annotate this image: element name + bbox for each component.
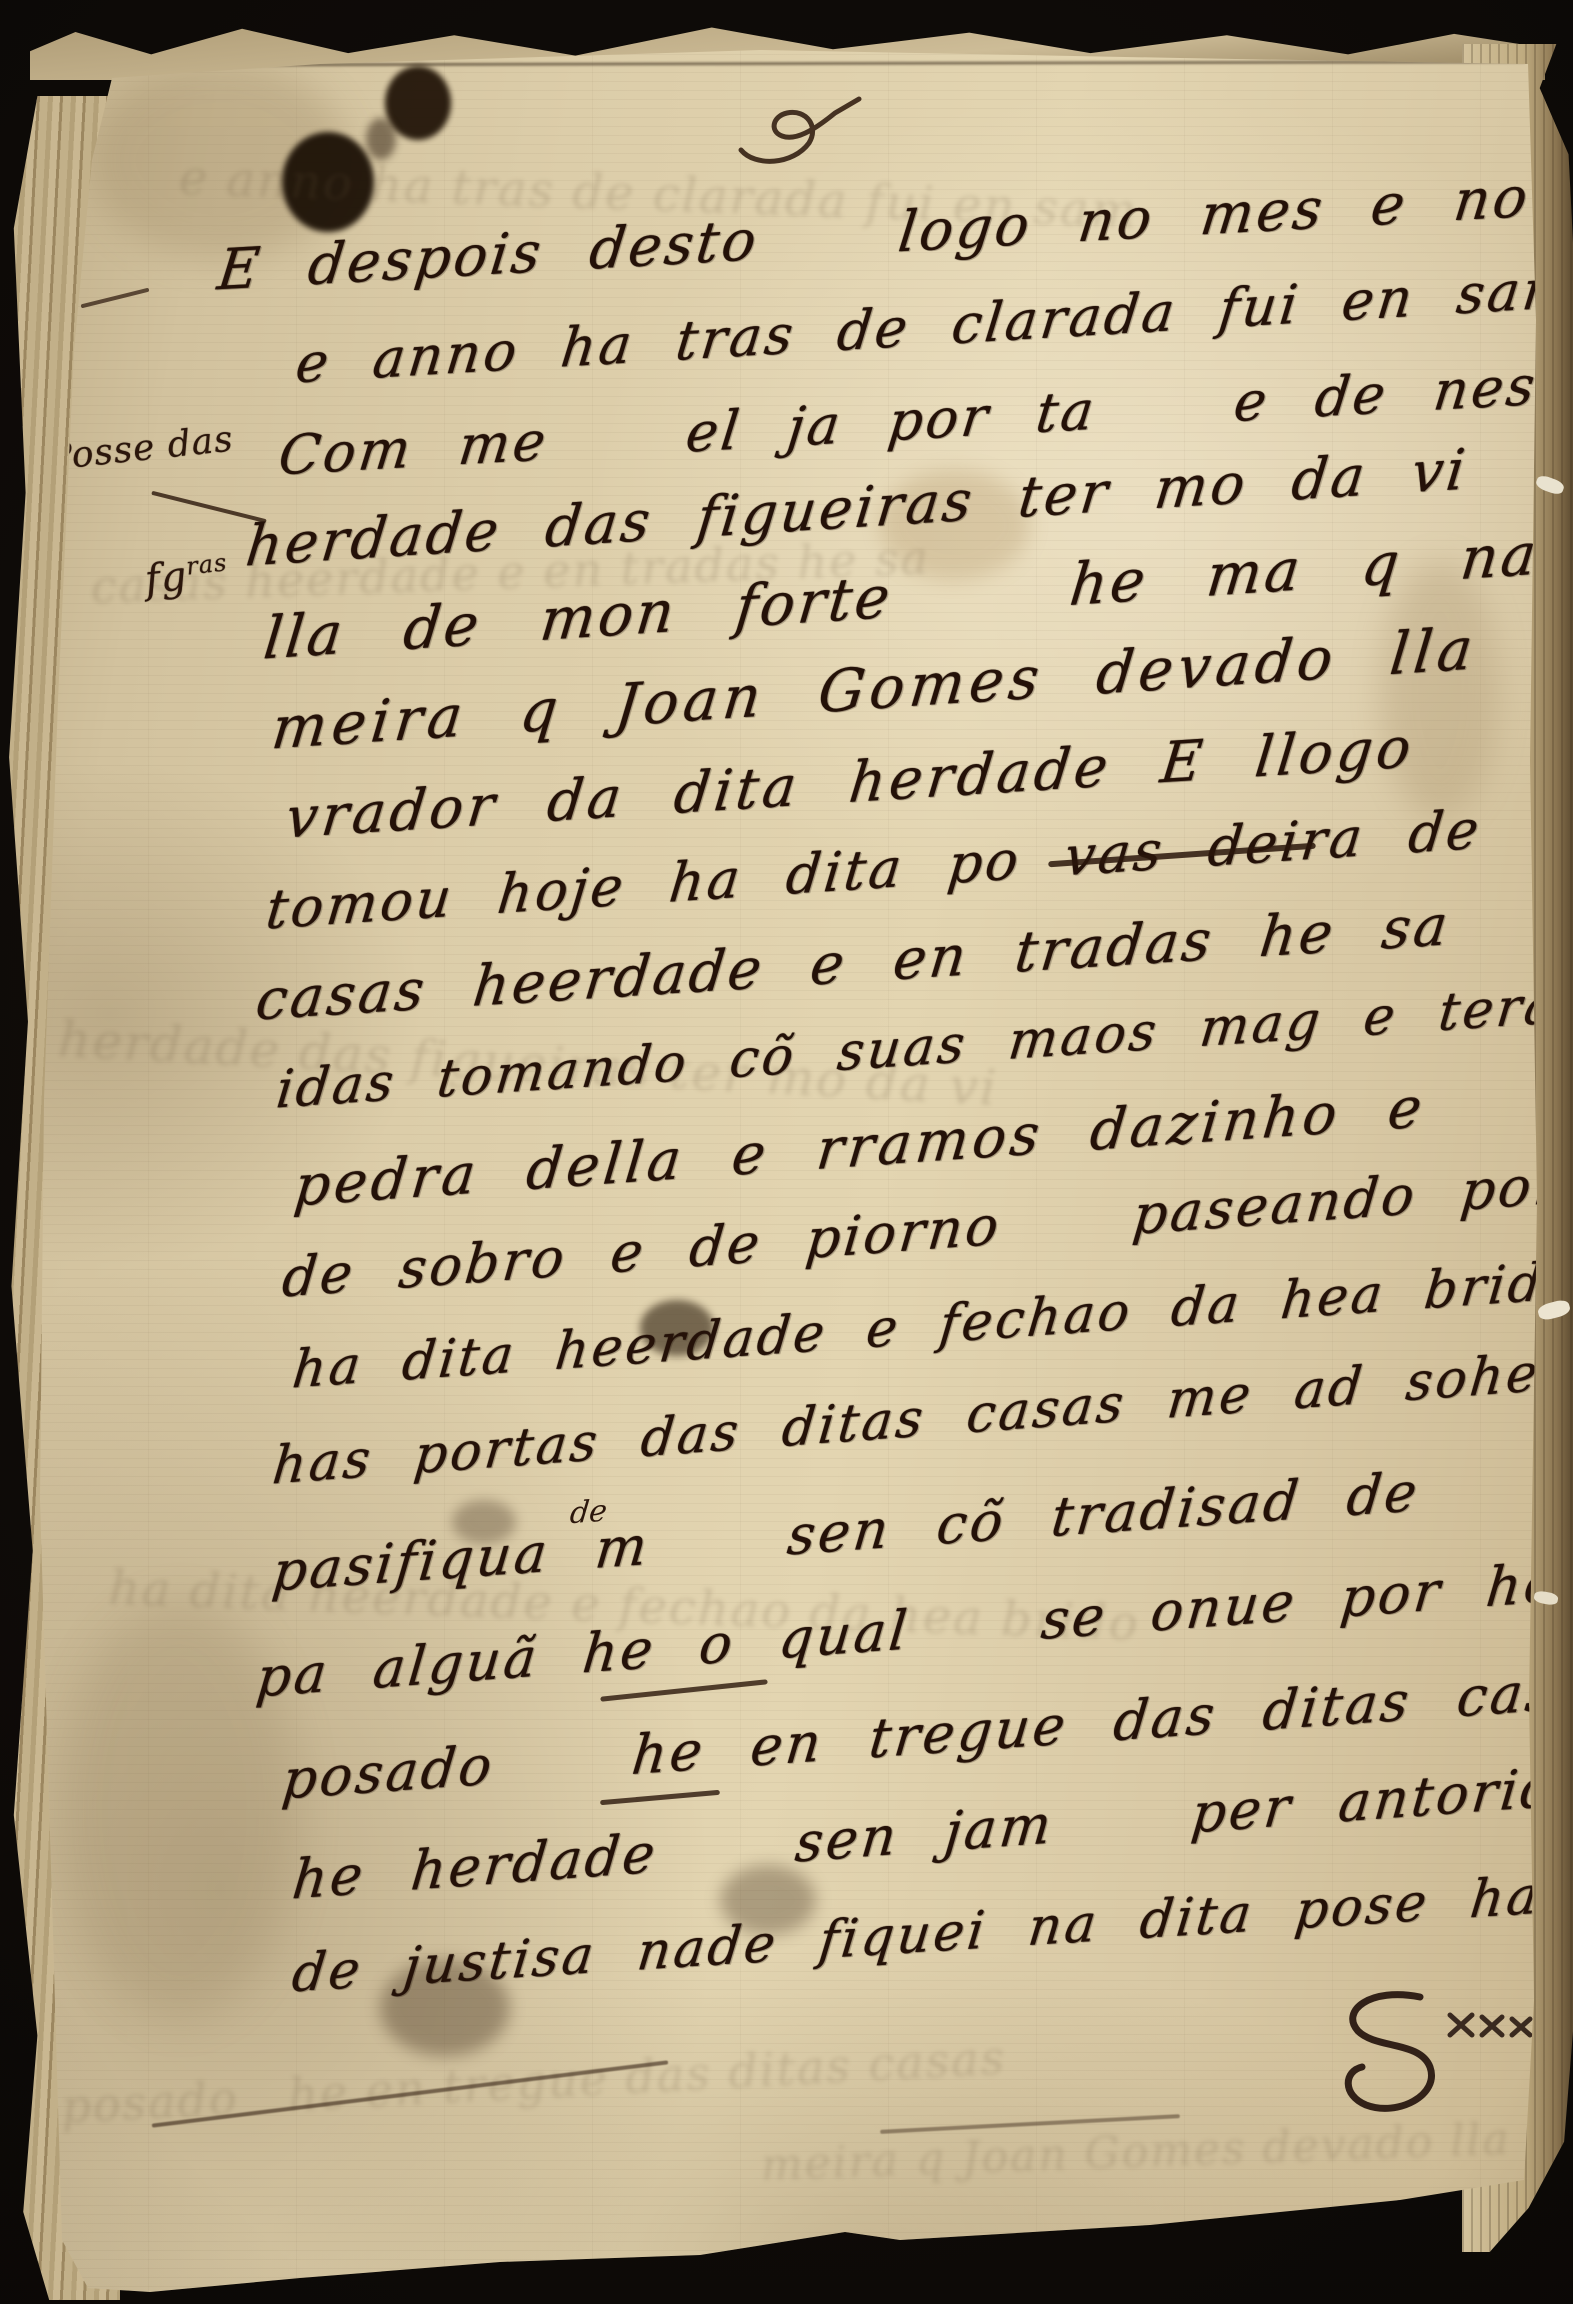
- pen-stroke-dash: [600, 1790, 720, 1805]
- pen-stroke-dash: [600, 1679, 768, 1702]
- pen-flourish-top: [735, 95, 865, 180]
- margin-note-line1: Posse das: [46, 419, 235, 479]
- ink-blot-drip: [366, 118, 396, 160]
- pen-flourish-closing: [1300, 1985, 1540, 2165]
- ink-blot: [385, 66, 451, 140]
- margin-note-superscript: ras: [185, 548, 229, 580]
- manuscript-photo: e anno ha tras de clarada fui en sam cas…: [0, 0, 1573, 2304]
- margin-note-abbrev: fg: [143, 553, 190, 603]
- margin-tick: [81, 288, 150, 309]
- interlinear-superscript: de: [568, 1493, 609, 1531]
- manuscript-page: e anno ha tras de clarada fui en sam cas…: [0, 0, 1573, 2304]
- margin-note-line2: fgras: [56, 503, 235, 658]
